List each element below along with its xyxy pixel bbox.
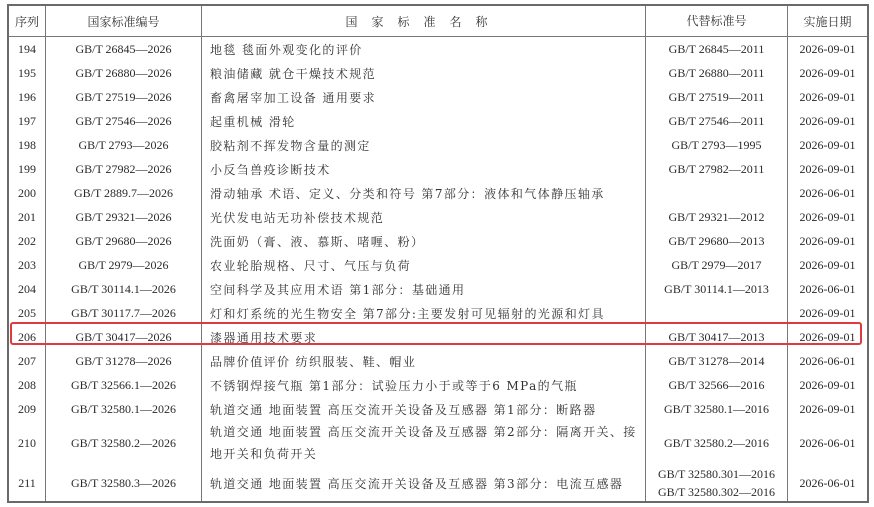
replaced-cell: GB/T 27519—2011 xyxy=(646,85,788,109)
std-name-cell: 洗面奶（膏、液、慕斯、啫喱、粉） xyxy=(202,229,646,253)
table-row: 194GB/T 26845—2026地毯 毯面外观变化的评价GB/T 26845… xyxy=(8,37,868,62)
header-std-no: 国家标准编号 xyxy=(46,5,202,37)
std-no-cell: GB/T 2889.7—2026 xyxy=(46,181,202,205)
date-cell: 2026-09-01 xyxy=(788,373,869,397)
table-row: 208GB/T 32566.1—2026不锈钢焊接气瓶 第1部分：试验压力小于或… xyxy=(8,373,868,397)
std-name-cell: 滑动轴承 术语、定义、分类和符号 第7部分：液体和气体静压轴承 xyxy=(202,181,646,205)
table-row: 209GB/T 32580.1—2026轨道交通 地面装置 高压交流开关设备及互… xyxy=(8,397,868,421)
date-cell: 2026-09-01 xyxy=(788,85,869,109)
std-name-cell: 不锈钢焊接气瓶 第1部分：试验压力小于或等于6 MPa的气瓶 xyxy=(202,373,646,397)
std-name-cell: 光伏发电站无功补偿技术规范 xyxy=(202,205,646,229)
std-no-cell: GB/T 27519—2026 xyxy=(46,85,202,109)
seq-cell: 207 xyxy=(8,349,46,373)
date-cell: 2026-09-01 xyxy=(788,37,869,62)
std-no-cell: GB/T 32580.1—2026 xyxy=(46,397,202,421)
replaced-cell-multi: GB/T 32580.301—2016GB/T 32580.302—2016 xyxy=(646,465,788,502)
date-cell: 2026-09-01 xyxy=(788,253,869,277)
date-cell: 2026-06-01 xyxy=(788,421,869,465)
std-name-cell: 轨道交通 地面装置 高压交流开关设备及互感器 第2部分：隔离开关、接地开关和负荷… xyxy=(202,421,646,465)
replaced-cell: GB/T 31278—2014 xyxy=(646,349,788,373)
table-row: 198GB/T 2793—2026胶粘剂不挥发物含量的测定GB/T 2793—1… xyxy=(8,133,868,157)
std-name-cell: 轨道交通 地面装置 高压交流开关设备及互感器 第3部分：电流互感器 xyxy=(202,465,646,502)
date-cell: 2026-06-01 xyxy=(788,181,869,205)
replaced-cell: GB/T 32566—2016 xyxy=(646,373,788,397)
table-row: 201GB/T 29321—2026光伏发电站无功补偿技术规范GB/T 2932… xyxy=(8,205,868,229)
date-cell: 2026-06-01 xyxy=(788,277,869,301)
date-cell: 2026-09-01 xyxy=(788,133,869,157)
std-no-cell: GB/T 27546—2026 xyxy=(46,109,202,133)
seq-cell: 205 xyxy=(8,301,46,325)
date-cell: 2026-06-01 xyxy=(788,465,869,502)
table-row: 200GB/T 2889.7—2026滑动轴承 术语、定义、分类和符号 第7部分… xyxy=(8,181,868,205)
standards-table: 序列 国家标准编号 国家标准名称 代替标准号 实施日期 194GB/T 2684… xyxy=(7,4,869,503)
date-cell: 2026-09-01 xyxy=(788,301,869,325)
seq-cell: 211 xyxy=(8,465,46,502)
replaced-cell xyxy=(646,181,788,205)
seq-cell: 197 xyxy=(8,109,46,133)
std-no-cell: GB/T 27982—2026 xyxy=(46,157,202,181)
std-no-cell: GB/T 26845—2026 xyxy=(46,37,202,62)
replaced-cell: GB/T 26880—2011 xyxy=(646,61,788,85)
table-row: 202GB/T 29680—2026洗面奶（膏、液、慕斯、啫喱、粉）GB/T 2… xyxy=(8,229,868,253)
table-row: 204GB/T 30114.1—2026空间科学及其应用术语 第1部分：基础通用… xyxy=(8,277,868,301)
table-row: 205GB/T 30117.7—2026灯和灯系统的光生物安全 第7部分:主要发… xyxy=(8,301,868,325)
date-cell: 2026-09-01 xyxy=(788,205,869,229)
replaced-line-2: GB/T 32580.302—2016 xyxy=(646,483,787,501)
replaced-cell: GB/T 27546—2011 xyxy=(646,109,788,133)
replaced-cell: GB/T 27982—2011 xyxy=(646,157,788,181)
std-name-cell: 畜禽屠宰加工设备 通用要求 xyxy=(202,85,646,109)
table-row: 207GB/T 31278—2026品牌价值评价 纺织服装、鞋、帽业GB/T 3… xyxy=(8,349,868,373)
seq-cell: 208 xyxy=(8,373,46,397)
replaced-cell xyxy=(646,301,788,325)
date-cell: 2026-09-01 xyxy=(788,157,869,181)
seq-cell: 201 xyxy=(8,205,46,229)
replaced-cell: GB/T 2979—2017 xyxy=(646,253,788,277)
replaced-cell: GB/T 26845—2011 xyxy=(646,37,788,62)
std-no-cell: GB/T 2979—2026 xyxy=(46,253,202,277)
seq-cell: 195 xyxy=(8,61,46,85)
seq-cell: 200 xyxy=(8,181,46,205)
seq-cell: 202 xyxy=(8,229,46,253)
std-name-cell: 小反刍兽疫诊断技术 xyxy=(202,157,646,181)
std-name-cell: 地毯 毯面外观变化的评价 xyxy=(202,37,646,62)
std-no-cell: GB/T 30417—2026 xyxy=(46,325,202,349)
seq-cell: 209 xyxy=(8,397,46,421)
std-name-cell: 空间科学及其应用术语 第1部分：基础通用 xyxy=(202,277,646,301)
std-name-cell: 灯和灯系统的光生物安全 第7部分:主要发射可见辐射的光源和灯具 xyxy=(202,301,646,325)
table-row: 211GB/T 32580.3—2026轨道交通 地面装置 高压交流开关设备及互… xyxy=(8,465,868,502)
std-no-cell: GB/T 32580.3—2026 xyxy=(46,465,202,502)
std-no-cell: GB/T 26880—2026 xyxy=(46,61,202,85)
date-cell: 2026-09-01 xyxy=(788,325,869,349)
seq-cell: 204 xyxy=(8,277,46,301)
std-name-cell: 品牌价值评价 纺织服装、鞋、帽业 xyxy=(202,349,646,373)
replaced-cell: GB/T 30417—2013 xyxy=(646,325,788,349)
seq-cell: 196 xyxy=(8,85,46,109)
date-cell: 2026-09-01 xyxy=(788,397,869,421)
std-name-cell: 漆器通用技术要求 xyxy=(202,325,646,349)
table-row: 210GB/T 32580.2—2026轨道交通 地面装置 高压交流开关设备及互… xyxy=(8,421,868,465)
header-std-name: 国家标准名称 xyxy=(202,5,646,37)
table-header-row: 序列 国家标准编号 国家标准名称 代替标准号 实施日期 xyxy=(8,5,868,37)
header-date: 实施日期 xyxy=(788,5,869,37)
std-no-cell: GB/T 29680—2026 xyxy=(46,229,202,253)
table-row-highlighted: 206GB/T 30417—2026漆器通用技术要求GB/T 30417—201… xyxy=(8,325,868,349)
seq-cell: 194 xyxy=(8,37,46,62)
replaced-line-1: GB/T 32580.301—2016 xyxy=(646,465,787,483)
date-cell: 2026-06-01 xyxy=(788,349,869,373)
date-cell: 2026-09-01 xyxy=(788,61,869,85)
std-name-cell: 起重机械 滑轮 xyxy=(202,109,646,133)
seq-cell: 210 xyxy=(8,421,46,465)
std-no-cell: GB/T 29321—2026 xyxy=(46,205,202,229)
seq-cell: 198 xyxy=(8,133,46,157)
std-name-cell: 农业轮胎规格、尺寸、气压与负荷 xyxy=(202,253,646,277)
std-no-cell: GB/T 30114.1—2026 xyxy=(46,277,202,301)
replaced-cell: GB/T 32580.1—2016 xyxy=(646,397,788,421)
seq-cell: 199 xyxy=(8,157,46,181)
table-row: 195GB/T 26880—2026粮油储藏 就仓干燥技术规范GB/T 2688… xyxy=(8,61,868,85)
seq-cell: 203 xyxy=(8,253,46,277)
std-no-cell: GB/T 2793—2026 xyxy=(46,133,202,157)
table-row: 196GB/T 27519—2026畜禽屠宰加工设备 通用要求GB/T 2751… xyxy=(8,85,868,109)
std-name-cell: 粮油储藏 就仓干燥技术规范 xyxy=(202,61,646,85)
date-cell: 2026-09-01 xyxy=(788,229,869,253)
replaced-cell: GB/T 2793—1995 xyxy=(646,133,788,157)
replaced-cell: GB/T 32580.2—2016 xyxy=(646,421,788,465)
header-seq: 序列 xyxy=(8,5,46,37)
std-name-cell: 轨道交通 地面装置 高压交流开关设备及互感器 第1部分：断路器 xyxy=(202,397,646,421)
date-cell: 2026-09-01 xyxy=(788,109,869,133)
std-no-cell: GB/T 32580.2—2026 xyxy=(46,421,202,465)
table-row: 203GB/T 2979—2026农业轮胎规格、尺寸、气压与负荷GB/T 297… xyxy=(8,253,868,277)
std-no-cell: GB/T 30117.7—2026 xyxy=(46,301,202,325)
replaced-cell: GB/T 30114.1—2013 xyxy=(646,277,788,301)
replaced-cell: GB/T 29321—2012 xyxy=(646,205,788,229)
table-row: 197GB/T 27546—2026起重机械 滑轮GB/T 27546—2011… xyxy=(8,109,868,133)
seq-cell: 206 xyxy=(8,325,46,349)
replaced-cell: GB/T 29680—2013 xyxy=(646,229,788,253)
std-name-cell: 胶粘剂不挥发物含量的测定 xyxy=(202,133,646,157)
std-no-cell: GB/T 32566.1—2026 xyxy=(46,373,202,397)
std-no-cell: GB/T 31278—2026 xyxy=(46,349,202,373)
header-replaced: 代替标准号 xyxy=(646,5,788,37)
table-row: 199GB/T 27982—2026小反刍兽疫诊断技术GB/T 27982—20… xyxy=(8,157,868,181)
